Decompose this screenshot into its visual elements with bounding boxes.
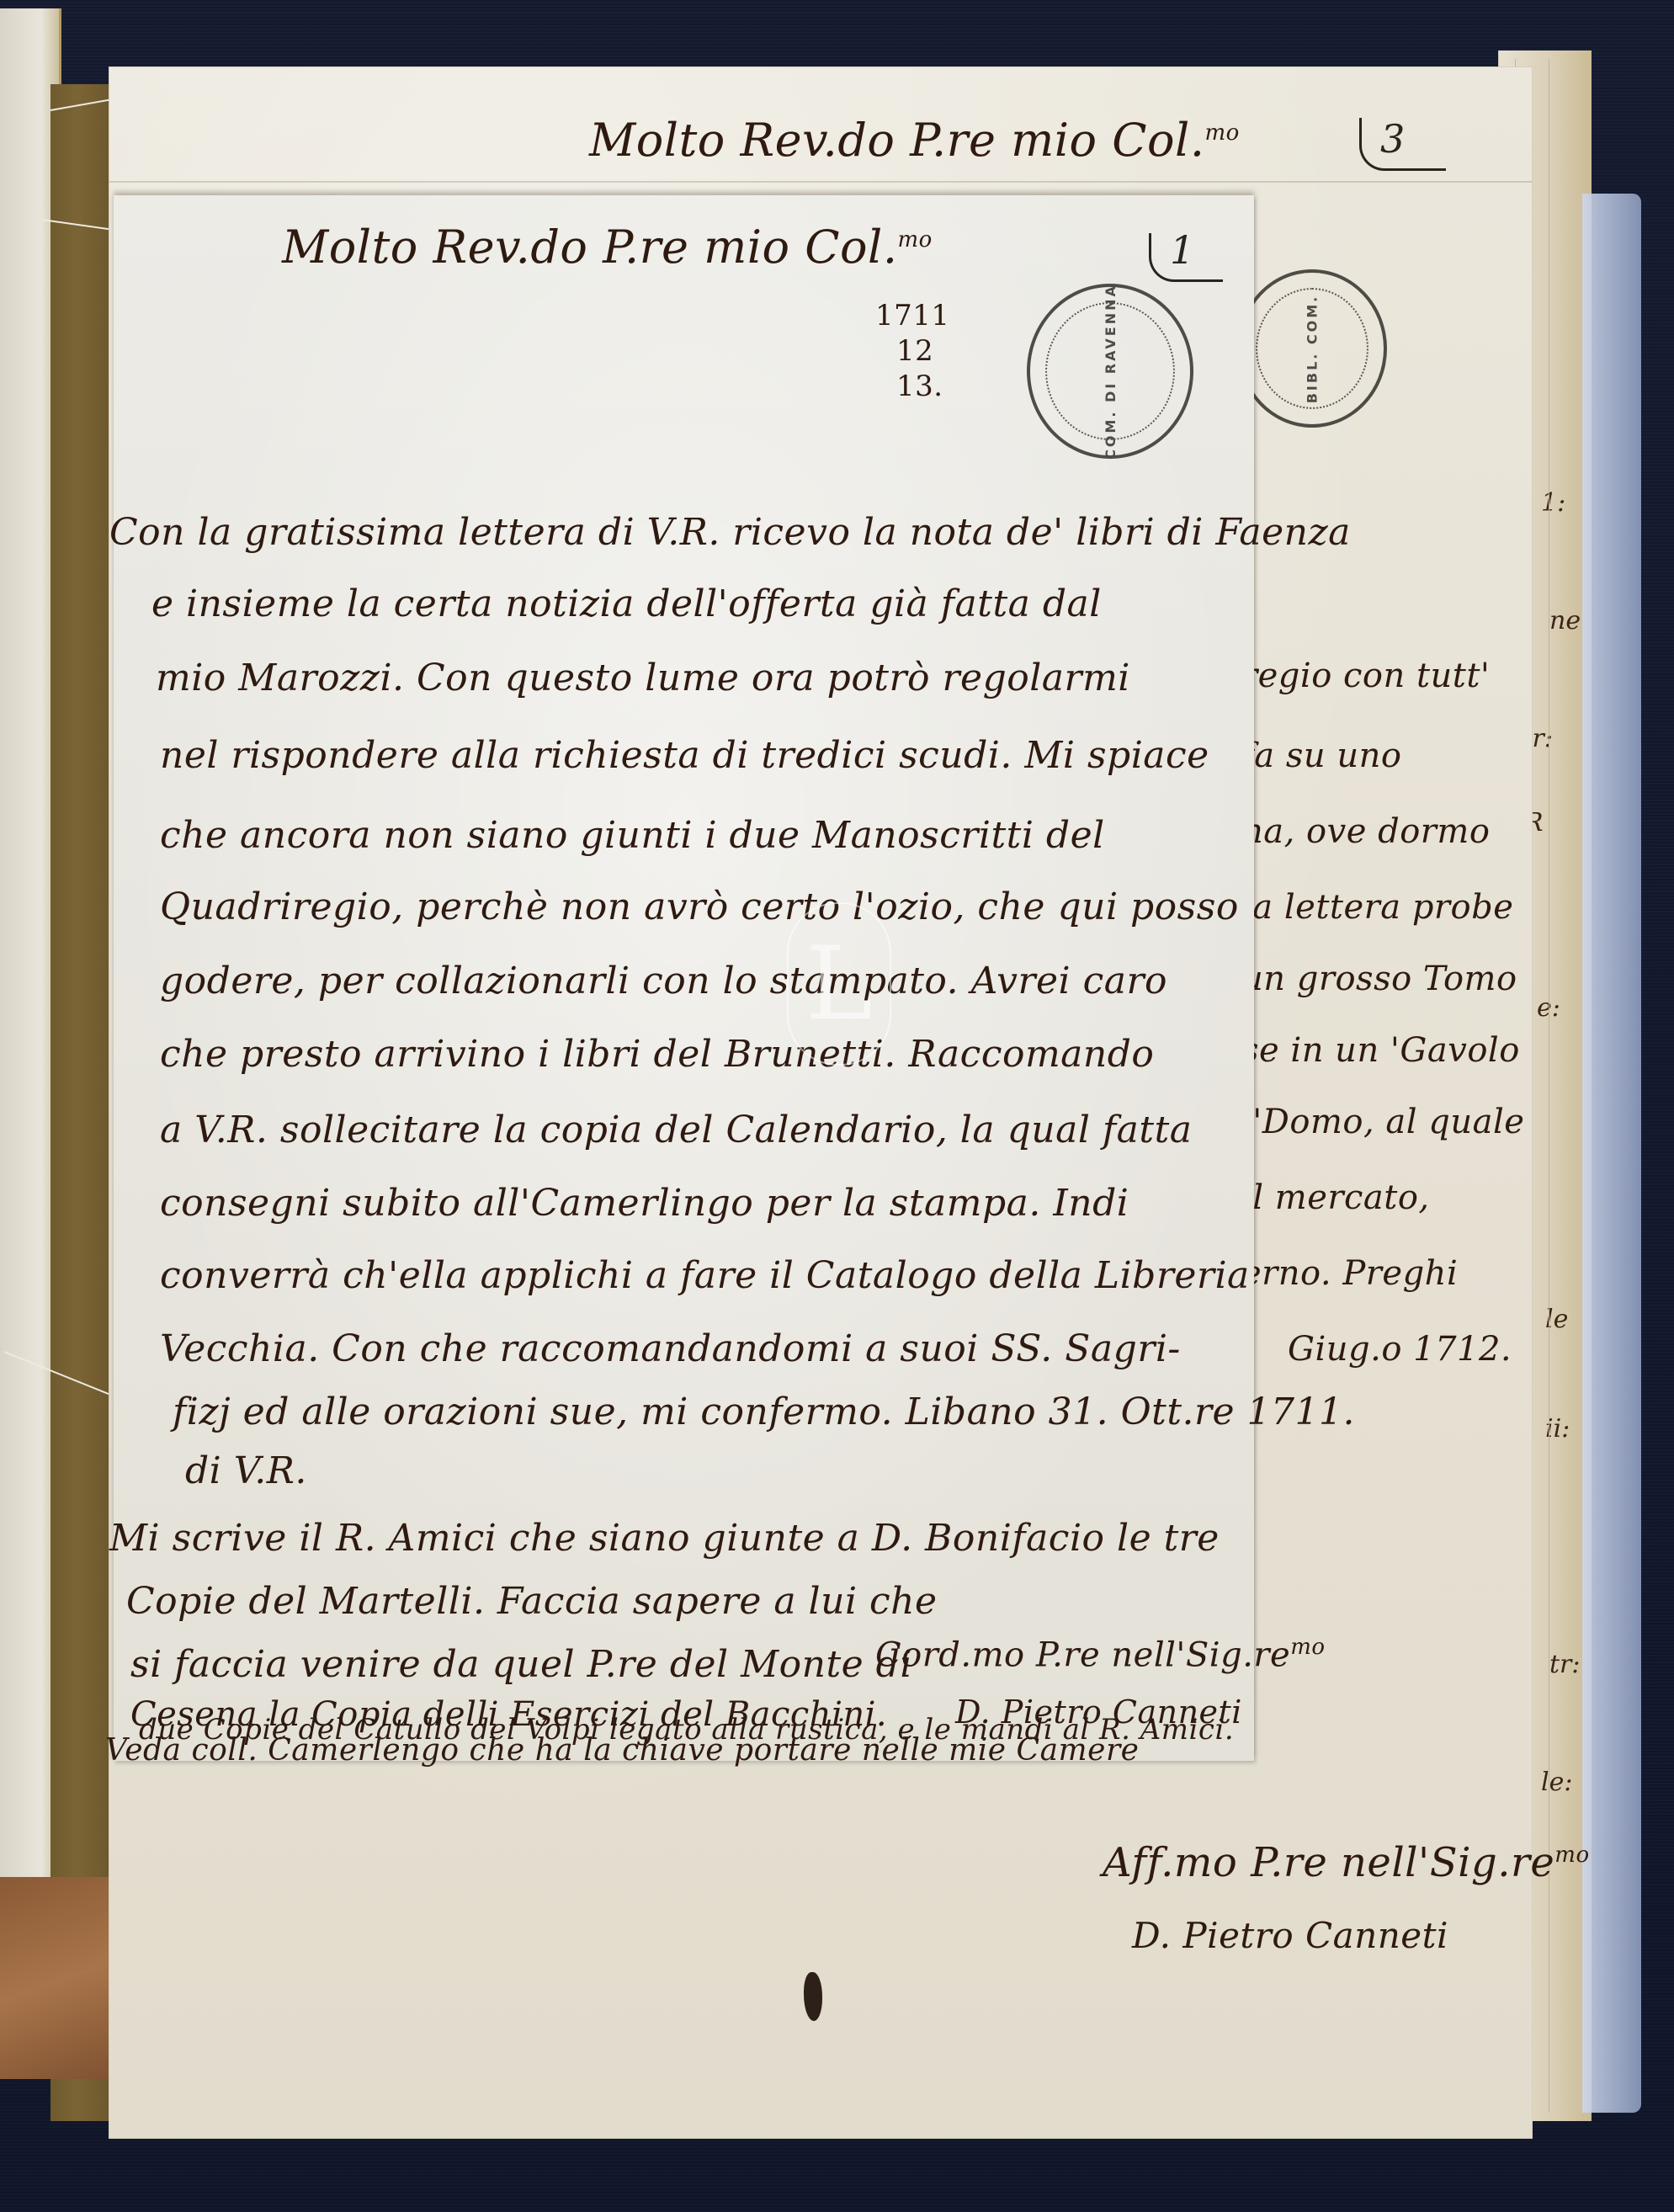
side-closing: Cord.mo P.re nell'Sig.remo (875, 1635, 1326, 1674)
salutation-superscript: mo (897, 227, 932, 253)
postscript-line: si faccia venire da quel P.re del Monte … (130, 1643, 912, 1686)
date-annotation: 1711 12 13. (875, 298, 950, 404)
body-line: che presto arrivino i libri del Brunetti… (160, 1033, 1154, 1076)
text-line: se in un 'Gavolo (1241, 1031, 1520, 1070)
body-line: di V.R. (185, 1449, 307, 1492)
body-line: mio Marozzi. Con questo lume ora potrò r… (156, 657, 1130, 699)
body-line: converrà ch'ella applichi a fare il Cata… (160, 1254, 1250, 1297)
postscript-line: due Copie del Catullo del Volpi legato a… (139, 1713, 1234, 1747)
text-line: un grosso Tomo (1241, 960, 1517, 998)
letter-salutation: Molto Rev.do P.re mio Col.mo (282, 221, 933, 274)
body-line: e insieme la certa notizia dell'offerta … (151, 582, 1102, 625)
body-line: Quadriregio, perchè non avrò certo l'ozi… (160, 885, 1239, 928)
outer-signature: D. Pietro Canneti (1132, 1915, 1448, 1956)
text-line: na, ove dormo (1241, 812, 1490, 851)
page-number: 1 (1170, 227, 1194, 273)
body-line: godere, per collazionarli con lo stampat… (160, 960, 1167, 1002)
tissue-interleaf (1582, 194, 1641, 2113)
page-edge-line (1549, 59, 1549, 2113)
text-line: erno. Preghi (1241, 1254, 1458, 1293)
ink-blot (804, 1972, 822, 2021)
text-line: la lettera probe (1241, 888, 1513, 927)
text-line: l'Domo, al quale (1241, 1103, 1524, 1141)
salutation-superscript: mo (1204, 120, 1239, 146)
body-line: che ancora non siano giunti i due Manosc… (160, 814, 1105, 857)
body-line: a V.R. sollecitare la copia del Calendar… (160, 1109, 1193, 1151)
library-stamp: BIBL. COM. (1237, 269, 1387, 428)
text-line: regio con tutt' (1241, 657, 1490, 695)
outer-salutation: Molto Rev.do P.re mio Col.mo (589, 114, 1240, 167)
edge-text-fragment: ne (1549, 606, 1581, 635)
page-number: 3 (1380, 116, 1405, 162)
body-line: Vecchia. Con che raccomandandomi a suoi … (160, 1327, 1181, 1370)
fold-crease (109, 181, 1532, 183)
text-line: Giug.o 1712. (1288, 1330, 1512, 1369)
text-line: il mercato, (1241, 1178, 1430, 1217)
closing-superscript: mo (1554, 1842, 1589, 1868)
postscript-line: Mi scrive il R. Amici che siano giunte a… (109, 1517, 1220, 1560)
outer-closing: Aff.mo P.re nell'Sig.remo (1103, 1839, 1590, 1886)
inner-letter: Molto Rev.do P.re mio Col.mo 1 1711 12 1… (114, 195, 1254, 1761)
text-line: fa su uno (1241, 736, 1401, 775)
body-line: fizj ed alle orazioni sue, mi confermo. … (173, 1390, 1355, 1433)
edge-text-fragment: le: (1541, 1768, 1572, 1797)
postscript-line: Copie del Martelli. Faccia sapere a lui … (126, 1580, 938, 1623)
archive-watermark: L (787, 902, 891, 1066)
body-line: nel rispondere alla richiesta di tredici… (160, 734, 1209, 777)
closing-superscript: mo (1290, 1635, 1325, 1660)
body-line: Con la gratissima lettera di V.R. ricevo… (109, 511, 1351, 554)
binding-spine (50, 84, 118, 2121)
edge-text-fragment: tr: (1549, 1650, 1581, 1679)
body-line: consegni subito all'Camerlingo per la st… (160, 1182, 1129, 1225)
edge-text-fragment: 1: (1541, 488, 1565, 518)
ravenna-stamp: COM. DI RAVENNA (1027, 284, 1193, 459)
